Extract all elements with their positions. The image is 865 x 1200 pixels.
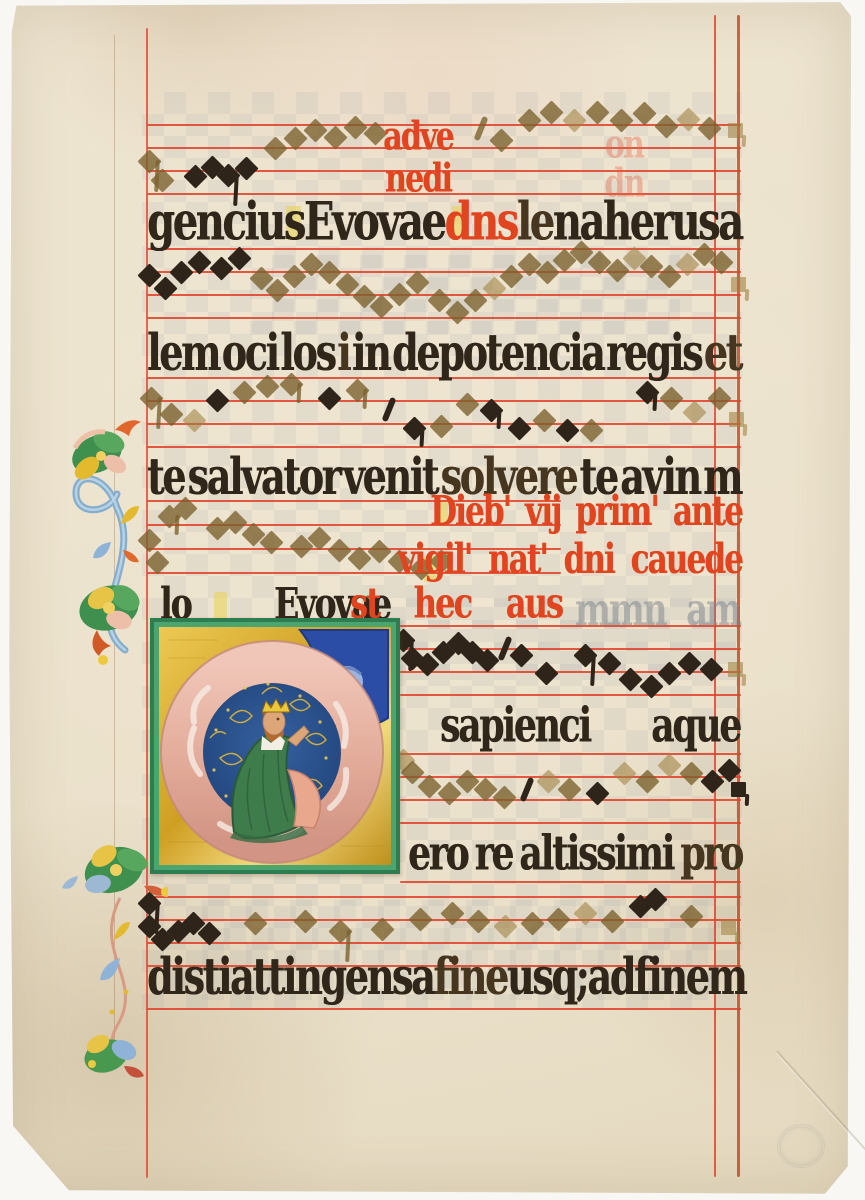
lower-leaf-cluster (74, 579, 144, 665)
upper-leaf-cluster (66, 427, 130, 484)
neume-punctum (680, 111, 698, 129)
neume-punctum (441, 785, 459, 803)
foliate-spray-upper (45, 392, 160, 681)
neume-punctum (539, 264, 557, 282)
neume-punctum (566, 112, 584, 130)
neume-punctum (238, 160, 256, 178)
text-line-g2: dn (596, 165, 652, 205)
foliate-spray-lower (48, 812, 168, 1106)
neume-punctum (351, 550, 369, 568)
word: in (352, 328, 390, 378)
text-line-adve: adve (372, 118, 464, 158)
neume-virga (483, 402, 501, 420)
neume-punctum (663, 390, 681, 408)
neume-punctum (513, 647, 531, 665)
neume-punctum (412, 911, 430, 929)
neume-punctum (391, 286, 409, 304)
neume-punctum (297, 913, 315, 931)
text-line-l4g: mmnam (575, 588, 740, 633)
word: sapienci (440, 702, 590, 750)
neume-punctum (703, 661, 721, 679)
neume-punctum (639, 773, 657, 791)
neume-punctum (589, 785, 607, 803)
neume-punctum (236, 384, 254, 402)
neume-punctum (470, 913, 488, 931)
text-line-l5: sapienciaque (440, 702, 740, 750)
neume-punctum (704, 773, 722, 791)
neume-virga (141, 153, 159, 171)
neume-punctum (503, 268, 521, 286)
word: nat' (488, 540, 547, 581)
blind-stamp (777, 1124, 825, 1168)
staff-line (147, 317, 741, 319)
word: oci (222, 328, 278, 378)
word: dni (564, 540, 614, 581)
neume-punctum (493, 132, 511, 150)
historiated-initial-O (150, 618, 400, 874)
neume-punctum (409, 274, 427, 292)
word: vigil' (398, 540, 471, 581)
word: los (280, 328, 334, 378)
word: et (704, 328, 741, 378)
word: usq; (507, 952, 588, 1002)
neume-punctum (559, 422, 577, 440)
neume-punctum (679, 256, 697, 274)
neume-punctum (643, 258, 661, 276)
word: am (686, 588, 740, 633)
neume-punctum (421, 778, 439, 796)
neume-punctum (538, 665, 556, 683)
neume-punctum (163, 406, 181, 424)
text-line-nedi: nedi (372, 160, 464, 200)
neume-punctum (459, 396, 477, 414)
word: dn (604, 165, 643, 205)
neume-punctum (247, 915, 265, 933)
neume-punctum (721, 762, 739, 780)
neume-punctum (157, 280, 175, 298)
neume-punctum (497, 918, 515, 936)
neume-punctum (467, 292, 485, 310)
word: ad (587, 952, 634, 1002)
staff-line (400, 822, 741, 824)
neume-punctum (431, 292, 449, 310)
word: adve (383, 118, 453, 158)
staff-line (147, 1008, 741, 1010)
neume-punctum (449, 304, 467, 322)
neume-punctum (486, 280, 504, 298)
neume-punctum (269, 282, 287, 300)
neume-oblique (381, 400, 399, 418)
word: salvator (188, 452, 340, 502)
neume-punctum (543, 104, 561, 122)
word: fine (433, 952, 506, 1002)
word: attingens (230, 952, 411, 1002)
neume-punctum (154, 172, 172, 190)
neume-virga (406, 420, 424, 438)
word: lem (147, 328, 219, 378)
neume-punctum (681, 655, 699, 673)
word: nedi (385, 160, 451, 200)
neume-punctum (622, 671, 640, 689)
neume-punctum (293, 538, 311, 556)
neume-punctum (374, 921, 392, 939)
neume-punctum (711, 390, 729, 408)
neume-custos (728, 662, 746, 680)
word: on (605, 126, 643, 166)
neume-punctum (187, 168, 205, 186)
neume-punctum (209, 392, 227, 410)
neume-punctum (521, 112, 539, 130)
neume-punctum (511, 420, 529, 438)
corner-crease (776, 1050, 865, 1200)
word: hec (414, 582, 471, 624)
word: ero (408, 830, 467, 878)
orange-flick (115, 420, 141, 436)
initial-miniature (150, 618, 400, 874)
neume-punctum (371, 543, 389, 561)
word: mmn (575, 588, 666, 633)
neume-punctum (536, 412, 554, 430)
neume-punctum (227, 514, 245, 532)
neume-punctum (373, 298, 391, 316)
neume-punctum (601, 655, 619, 673)
staff-line (400, 694, 741, 696)
neume-punctum (331, 542, 349, 560)
neume-punctum (658, 118, 676, 136)
neume-punctum (583, 422, 601, 440)
neume-punctum (433, 418, 451, 436)
salmon-stem (111, 898, 125, 1060)
upper-leaf-cluster (62, 839, 168, 901)
neume-custos (731, 277, 749, 295)
neume-punctum (550, 911, 568, 929)
neume-custos (729, 412, 747, 430)
manuscript-scan: genciusEvovaednslenaherusalemocilosiinde… (0, 0, 865, 1200)
neume-punctum (173, 264, 191, 282)
neume-punctum (636, 105, 654, 123)
neume-virga (349, 382, 367, 400)
neume-custos (728, 123, 746, 141)
neume-punctum (561, 781, 579, 799)
neume-punctum (661, 665, 679, 683)
text-line-l2: lemocilosiindepotenciaregiset (147, 328, 741, 378)
neume-punctum (201, 925, 219, 943)
neume-punctum (347, 119, 365, 137)
neume-punctum (701, 120, 719, 138)
word: altissimi (519, 830, 673, 878)
neume-oblique (519, 780, 537, 798)
word: le (517, 196, 553, 249)
leaf-content: genciusEvovaednslenaherusalemocilosiinde… (0, 0, 865, 1200)
neume-punctum (286, 268, 304, 286)
neume-punctum (661, 268, 679, 286)
neume-punctum (683, 908, 701, 926)
neume-punctum (307, 122, 325, 140)
neume-punctum (311, 530, 329, 548)
neume-virga (639, 384, 657, 402)
neume-punctum (643, 678, 661, 696)
neume-punctum (524, 915, 542, 933)
neume-punctum (287, 130, 305, 148)
neume-punctum (191, 254, 209, 272)
neume-punctum (604, 913, 622, 931)
neume-punctum (713, 254, 731, 272)
neume-punctum (479, 652, 497, 670)
staff-line (147, 942, 741, 944)
crown (262, 699, 290, 712)
neume-virga (332, 923, 350, 941)
neume-custos (731, 782, 749, 800)
neume-punctum (540, 773, 558, 791)
neume-punctum (213, 260, 231, 278)
text-line-l6: erorealtissimipro (408, 830, 742, 878)
neume-punctum (444, 905, 462, 923)
neume-punctum (683, 765, 701, 783)
word: gencius (147, 196, 304, 249)
word: cauede (631, 540, 742, 581)
neume-punctum (267, 140, 285, 158)
neume-punctum (404, 764, 422, 782)
neume-punctum (686, 404, 704, 422)
word: dns (444, 196, 516, 249)
neume-punctum (186, 412, 204, 430)
word: regis (606, 328, 701, 378)
word: Dieb' (430, 492, 510, 533)
neume-punctum (321, 390, 339, 408)
neume-punctum (496, 789, 514, 807)
neume-oblique (473, 119, 491, 137)
word: finem (634, 952, 745, 1002)
text-line-r2: vigil'nat'dnicauede (398, 540, 742, 581)
text-line-r1: Dieb'vijprim'ante (430, 492, 742, 533)
neume-virga (577, 647, 595, 665)
word: aque (651, 702, 740, 750)
neume-punctum (616, 765, 634, 783)
word: ante (673, 492, 742, 533)
word: re (475, 830, 513, 878)
neume-custos (721, 920, 739, 938)
neume-punctum (589, 104, 607, 122)
word: pro (680, 830, 742, 878)
text-line-l7: distiattingensafineusq;adfinem (147, 952, 741, 1002)
word: aus (506, 582, 562, 624)
neume-punctum (647, 891, 665, 909)
neume-punctum (661, 757, 679, 775)
neume-punctum (321, 264, 339, 282)
neume-punctum (263, 534, 281, 552)
neume-punctum (339, 276, 357, 294)
text-line-g1: on (596, 126, 652, 166)
neume-punctum (327, 129, 345, 147)
word: a (411, 952, 433, 1002)
word: prim' (575, 492, 658, 533)
neume-punctum (609, 262, 627, 280)
word: venit (343, 452, 437, 502)
neume-punctum (577, 905, 595, 923)
word: depotencia (392, 328, 603, 378)
word: Evovae (304, 196, 445, 249)
word: vij (525, 492, 560, 533)
word: i (337, 328, 349, 378)
